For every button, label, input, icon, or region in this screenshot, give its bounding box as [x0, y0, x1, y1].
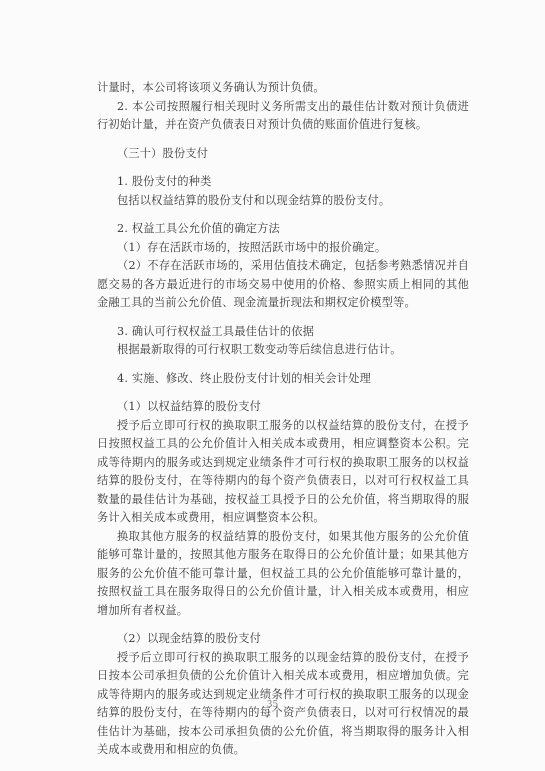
subheading-types: 1. 股份支付的种类: [97, 173, 469, 192]
paragraph-equity-settled-employees: 授予后立即可行权的换取职工服务的以权益结算的股份支付，在授予日按照权益工具的公允…: [97, 417, 469, 528]
paragraph-active-market: （1）存在活跃市场的，按照活跃市场中的报价确定。: [97, 239, 469, 258]
subheading-equity-settled: （1）以权益结算的股份支付: [97, 398, 469, 417]
page-content: 计量时，本公司将该项义务确认为预计负债。 2. 本公司按照履行相关现时义务所需支…: [97, 79, 469, 760]
paragraph-types: 包括以权益结算的股份支付和以现金结算的股份支付。: [97, 192, 469, 211]
subheading-fair-value-method: 2. 权益工具公允价值的确定方法: [97, 220, 469, 239]
document-page: 计量时，本公司将该项义务确认为预计负债。 2. 本公司按照履行相关现时义务所需支…: [0, 0, 545, 771]
paragraph-provision-recognition: 计量时，本公司将该项义务确认为预计负债。: [97, 79, 469, 98]
section-heading-share-payment: （三十）股份支付: [97, 145, 469, 164]
paragraph-no-active-market: （2）不存在活跃市场的，采用估值技术确定，包括参考熟悉情况并自愿交易的各方最近进…: [97, 257, 469, 313]
subheading-cash-settled: （2）以现金结算的股份支付: [97, 630, 469, 649]
paragraph-equity-settled-other-parties: 换取其他方服务的权益结算的股份支付，如果其他方服务的公允价值能够可靠计量的，按照…: [97, 528, 469, 621]
subheading-best-estimate-basis: 3. 确认可行权权益工具最佳估计的依据: [97, 323, 469, 342]
paragraph-provision-measurement: 2. 本公司按照履行相关现时义务所需支出的最佳估计数对预计负债进行初始计量，并在…: [97, 98, 469, 135]
paragraph-best-estimate: 根据最新取得的可行权职工数变动等后续信息进行估计。: [97, 341, 469, 360]
page-number: 35: [0, 700, 545, 710]
subheading-accounting-treatment: 4. 实施、修改、终止股份支付计划的相关会计处理: [97, 370, 469, 389]
